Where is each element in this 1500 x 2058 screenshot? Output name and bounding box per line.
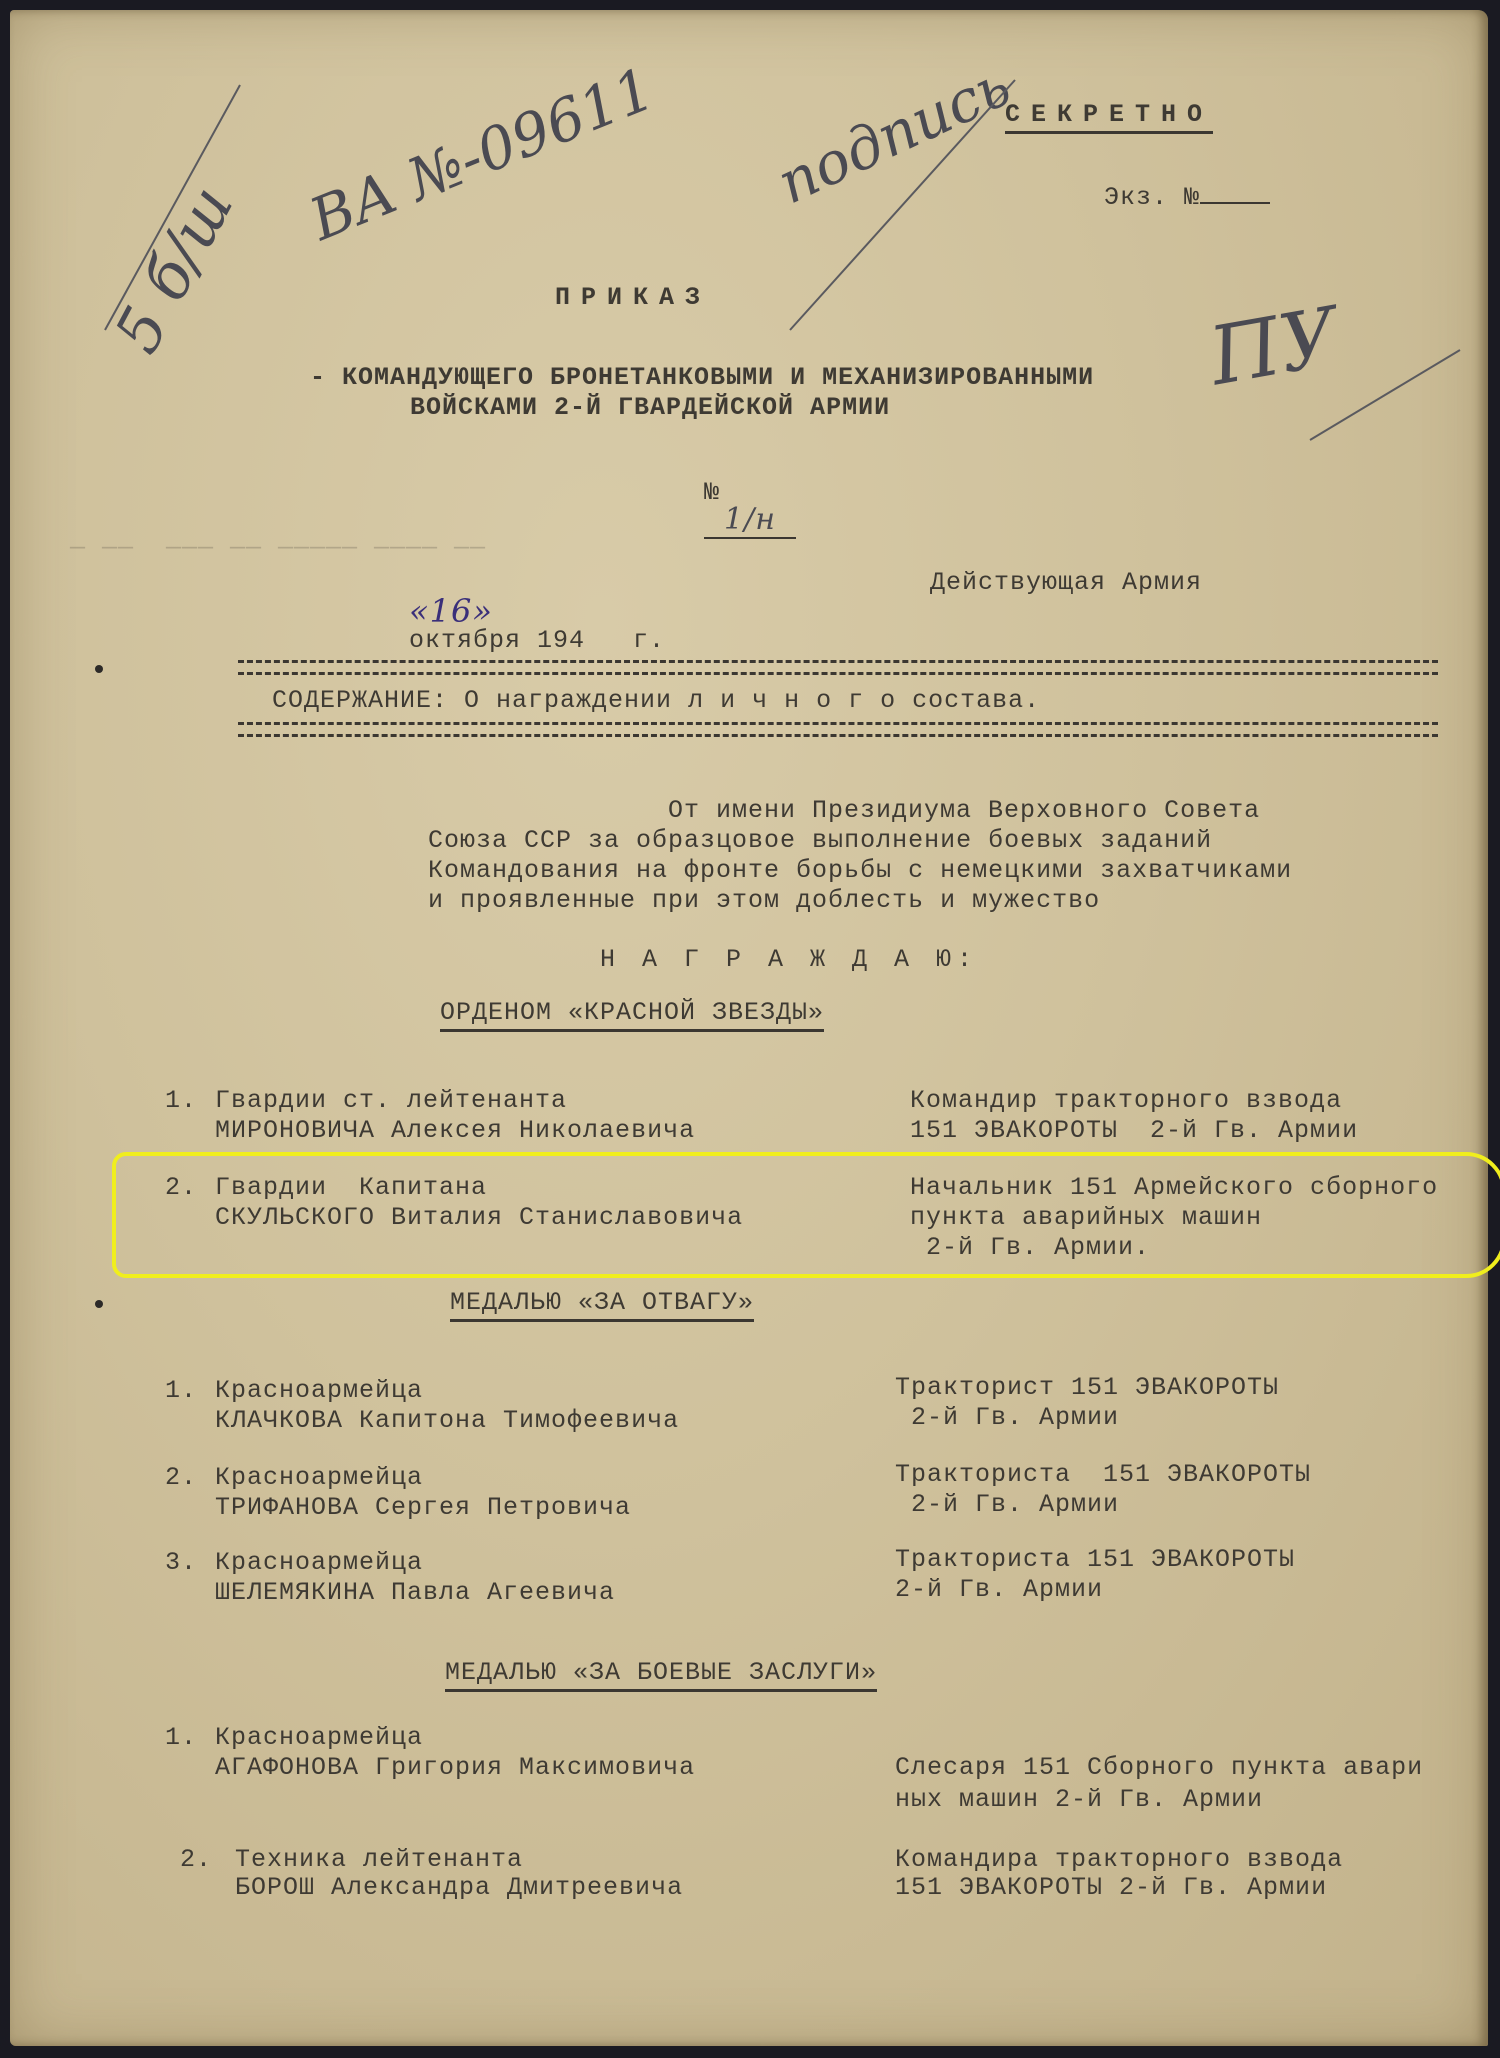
copy-number-label: Экз. № bbox=[1040, 160, 1270, 235]
section-title-bravery-medal: МЕДАЛЬЮ «ЗА ОТВАГУ» bbox=[450, 1290, 754, 1322]
entry-number: 3. bbox=[165, 1550, 197, 1575]
divider-top bbox=[238, 660, 1438, 675]
entry-number: 1. bbox=[165, 1725, 197, 1750]
entry-position-line: 2-й Гв. Армии bbox=[895, 1492, 1119, 1517]
entry-position-line: Тракториста 151 ЭВАКОРОТЫ bbox=[895, 1462, 1311, 1487]
section-title-combat-merit-medal: МЕДАЛЬЮ «ЗА БОЕВЫЕ ЗАСЛУГИ» bbox=[445, 1660, 877, 1692]
entry-number: 1. bbox=[165, 1088, 197, 1113]
entry-rank: Красноармейца bbox=[215, 1550, 423, 1575]
entry-position-line: Тракториста 151 ЭВАКОРОТЫ bbox=[895, 1547, 1295, 1572]
entry-rank: Гвардии ст. лейтенанта bbox=[215, 1088, 567, 1113]
entry-rank: Техника лейтенанта bbox=[235, 1847, 523, 1872]
entry-rank: Гвардии Капитана bbox=[215, 1175, 487, 1200]
document-page: 5 б/ш ВА №-09611 подпись ПУ СЕКРЕТНО Экз… bbox=[10, 10, 1488, 2046]
entry-position-line: Начальник 151 Армейского сборного bbox=[910, 1175, 1438, 1200]
entry-position-line: 2-й Гв. Армии. bbox=[910, 1235, 1150, 1260]
entry-name: СКУЛЬСКОГО Виталия Станиславовича bbox=[215, 1205, 743, 1230]
entry-position-line: 151 ЭВАКОРОТЫ 2-й Гв. Армии bbox=[895, 1875, 1327, 1900]
entry-position-line: 2-й Гв. Армии bbox=[895, 1577, 1103, 1602]
issuer-line-1: - КОМАНДУЮЩЕГО БРОНЕТАНКОВЫМИ И МЕХАНИЗИ… bbox=[310, 365, 1094, 390]
entry-name: АГАФОНОВА Григория Максимовича bbox=[215, 1755, 695, 1780]
binding-hole bbox=[95, 665, 103, 673]
issuer-line-2: ВОЙСКАМИ 2-Й ГВАРДЕЙСКОЙ АРМИИ bbox=[410, 395, 890, 420]
entry-name: БОРОШ Александра Дмитреевича bbox=[235, 1875, 683, 1900]
location-label: Действующая Армия bbox=[930, 570, 1202, 595]
entry-name: ШЕЛЕМЯКИНА Павла Агеевича bbox=[215, 1580, 615, 1605]
preamble-line-1: От имени Президиума Верховного Совета bbox=[668, 798, 1260, 823]
entry-position-line: пункта аварийных машин bbox=[910, 1205, 1262, 1230]
entry-number: 2. bbox=[180, 1847, 212, 1872]
copy-label-text: Экз. № bbox=[1104, 183, 1200, 212]
entry-position-line: 151 ЭВАКОРОТЫ 2-й Гв. Армии bbox=[910, 1118, 1358, 1143]
preamble-line-3: Командования на фронте борьбы с немецким… bbox=[428, 858, 1292, 883]
preamble-line-2: Союза ССР за образцовое выполнение боевы… bbox=[428, 828, 1212, 853]
divider-bottom bbox=[238, 722, 1438, 737]
entry-number: 2. bbox=[165, 1465, 197, 1490]
entry-number: 2. bbox=[165, 1175, 197, 1200]
entry-rank: Красноармейца bbox=[215, 1725, 423, 1750]
order-title: ПРИКАЗ bbox=[555, 285, 711, 310]
entry-position-line: Командир тракторного взвода bbox=[910, 1088, 1342, 1113]
entry-name: ТРИФАНОВА Сергея Петровича bbox=[215, 1495, 631, 1520]
entry-rank: Красноармейца bbox=[215, 1465, 423, 1490]
section-title-red-star: ОРДЕНОМ «КРАСНОЙ ЗВЕЗДЫ» bbox=[440, 1000, 824, 1032]
entry-name: МИРОНОВИЧА Алексея Николаевича bbox=[215, 1118, 695, 1143]
entry-number: 1. bbox=[165, 1378, 197, 1403]
entry-position-line: Тракторист 151 ЭВАКОРОТЫ bbox=[895, 1375, 1279, 1400]
entry-position-line: Слесаря 151 Сборного пункта авари bbox=[895, 1755, 1423, 1780]
date-day: «16» bbox=[409, 592, 493, 630]
entry-position-line: Командира тракторного взвода bbox=[895, 1847, 1343, 1872]
order-number-value: 1/н bbox=[704, 502, 796, 539]
entry-position-line: ных машин 2-й Гв. Армии bbox=[895, 1787, 1263, 1812]
subject-line: СОДЕРЖАНИЕ: О награждении л и ч н о г о … bbox=[272, 688, 1040, 713]
binding-hole bbox=[95, 1300, 103, 1308]
bleed-through-text: — —— ——— —— ————— ———— —— bbox=[70, 535, 486, 560]
entry-position-line: 2-й Гв. Армии bbox=[895, 1405, 1119, 1430]
award-heading: Н А Г Р А Ж Д А Ю: bbox=[600, 947, 978, 972]
entry-name: КЛАЧКОВА Капитона Тимофеевича bbox=[215, 1408, 679, 1433]
order-number: № 1/н bbox=[640, 455, 796, 560]
date-rest: октября 194 г. bbox=[409, 626, 665, 655]
preamble-line-4: и проявленные при этом доблесть и мужест… bbox=[428, 888, 1100, 913]
entry-rank: Красноармейца bbox=[215, 1378, 423, 1403]
classification-label: СЕКРЕТНО bbox=[1005, 102, 1213, 134]
